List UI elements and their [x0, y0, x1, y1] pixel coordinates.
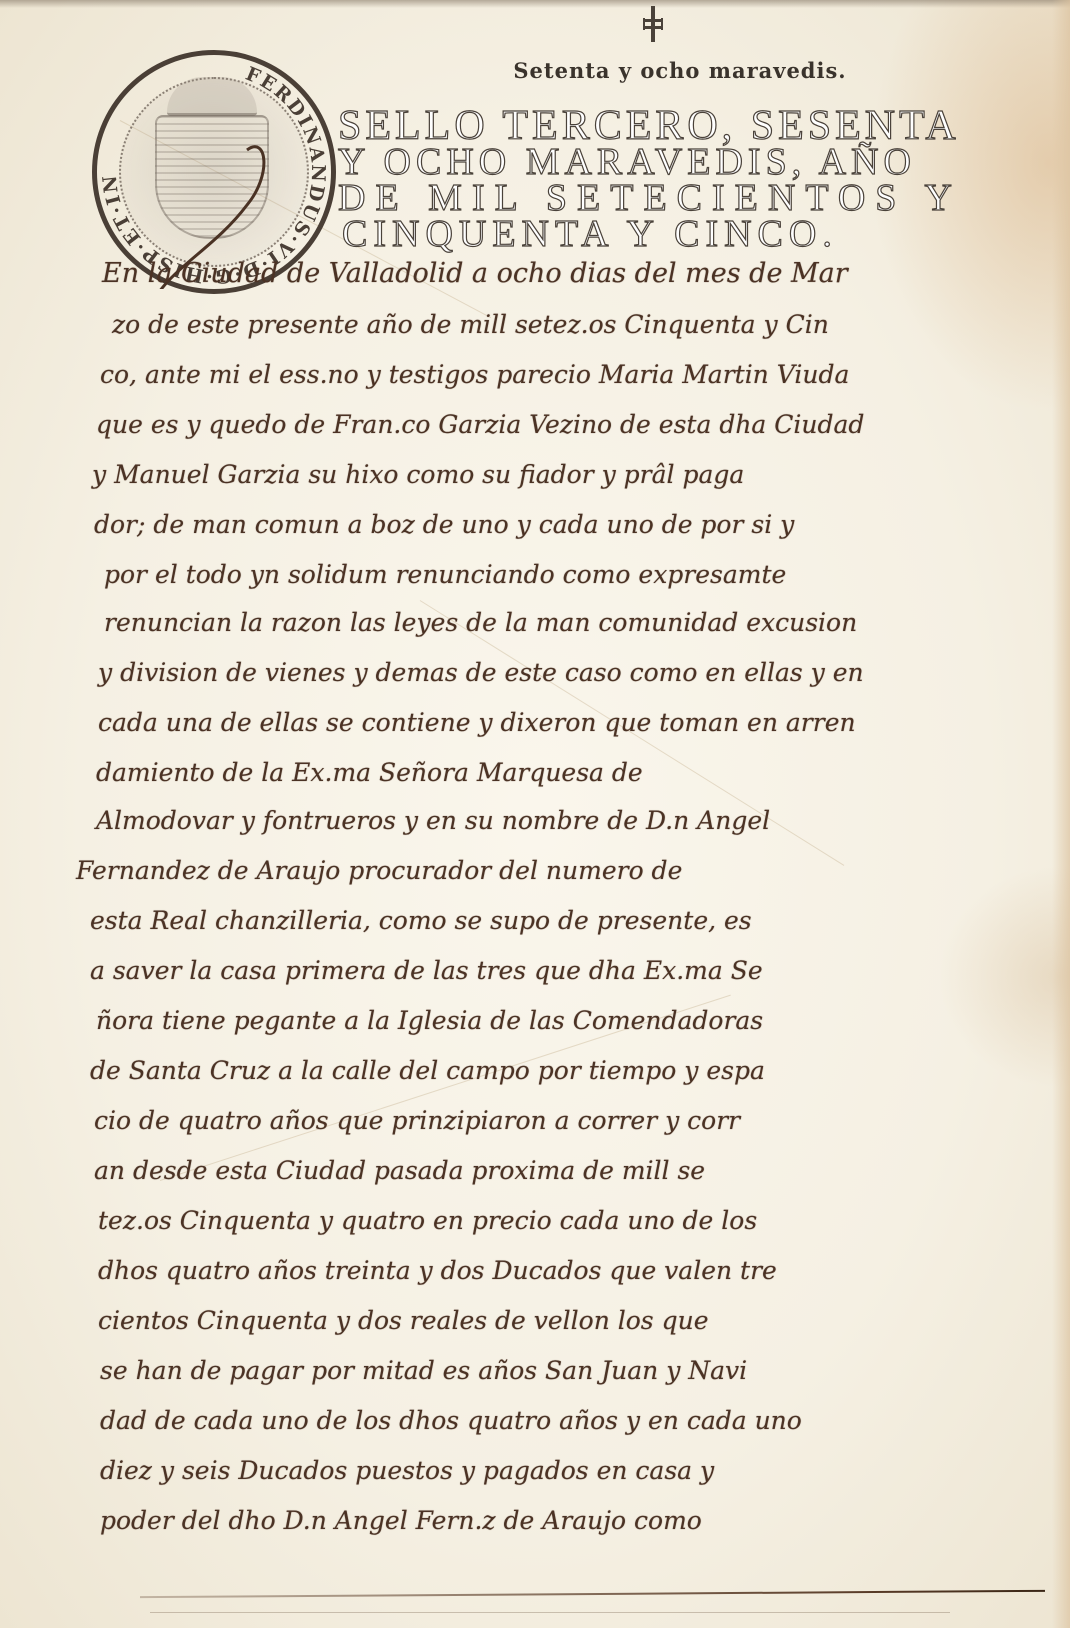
text-line: que es y quedo de Fran.co Garzia Vezino … — [96, 410, 864, 439]
scan-top-shadow — [0, 0, 1070, 8]
text-line: poder del dho D.n Angel Fern.z de Araujo… — [100, 1506, 702, 1535]
text-line: y division de vienes y demas de este cas… — [98, 658, 864, 687]
document-page: FERDINANDUS·VI·D·G·HISP·ET·IND·R· Setent… — [0, 0, 1070, 1628]
text-line: zo de este presente año de mill setez.os… — [112, 310, 829, 339]
text-line: an desde esta Ciudad pasada proxima de m… — [94, 1156, 705, 1185]
text-line: de Santa Cruz a la calle del campo por t… — [90, 1056, 765, 1085]
text-line: se han de pagar por mitad es años San Ju… — [100, 1356, 747, 1385]
stamp-value-line: Setenta y ocho maravedis. — [470, 58, 890, 83]
paper-right-edge — [1052, 0, 1070, 1628]
text-line: tez.os Cinquenta y quatro en precio cada… — [98, 1206, 757, 1235]
text-line: cada una de ellas se contiene y dixeron … — [98, 708, 856, 737]
closing-rule-line — [140, 1590, 1045, 1598]
stamp-title: SELLO TERCERO, SESENTA Y OCHO MARAVEDIS,… — [338, 108, 1018, 252]
text-line: dor; de man comun a boz de uno y cada un… — [94, 510, 794, 539]
stamp-title-line: Y OCHO MARAVEDIS, AÑO — [338, 144, 1018, 180]
text-line: y Manuel Garzia su hixo como su fiador y… — [92, 460, 744, 489]
text-line: cio de quatro años que prinzipiaron a co… — [94, 1106, 740, 1135]
text-line: dad de cada uno de los dhos quatro años … — [100, 1406, 802, 1435]
text-line: por el todo yn solidum renunciando como … — [104, 560, 786, 589]
stamp-title-line: SELLO TERCERO, SESENTA — [338, 108, 1018, 144]
text-line: En la Ciudad de Valladolid a ocho dias d… — [102, 258, 848, 289]
text-line: ñora tiene pegante a la Iglesia de las C… — [96, 1006, 763, 1035]
stamp-title-line: DE MIL SETECIENTOS Y — [338, 180, 1018, 216]
svg-text:FERDINANDUS·VI·D·G·HISP·ET·IND: FERDINANDUS·VI·D·G·HISP·ET·IND·R· — [97, 55, 329, 287]
text-line: Fernandez de Araujo procurador del numer… — [76, 856, 682, 885]
text-line: dhos quatro años treinta y dos Ducados q… — [98, 1256, 777, 1285]
text-line: damiento de la Ex.ma Señora Marquesa de — [96, 758, 643, 787]
text-line: co, ante mi el ess.no y testigos parecio… — [100, 360, 849, 389]
text-line: renuncian la razon las leyes de la man c… — [104, 608, 857, 637]
stamp-title-line: CINQUENTA Y CINCO. — [338, 216, 1018, 252]
text-line: a saver la casa primera de las tres que … — [90, 956, 763, 985]
text-line: cientos Cinquenta y dos reales de vellon… — [98, 1306, 709, 1335]
text-line: Almodovar y fontrueros y en su nombre de… — [96, 806, 770, 835]
text-line: diez y seis Ducados puestos y pagados en… — [100, 1456, 714, 1485]
cross-icon — [640, 6, 666, 42]
seal-legend: FERDINANDUS·VI·D·G·HISP·ET·IND·R· — [97, 55, 331, 289]
text-line: esta Real chanzilleria, como se supo de … — [90, 906, 752, 935]
faint-rule-line — [150, 1612, 950, 1613]
